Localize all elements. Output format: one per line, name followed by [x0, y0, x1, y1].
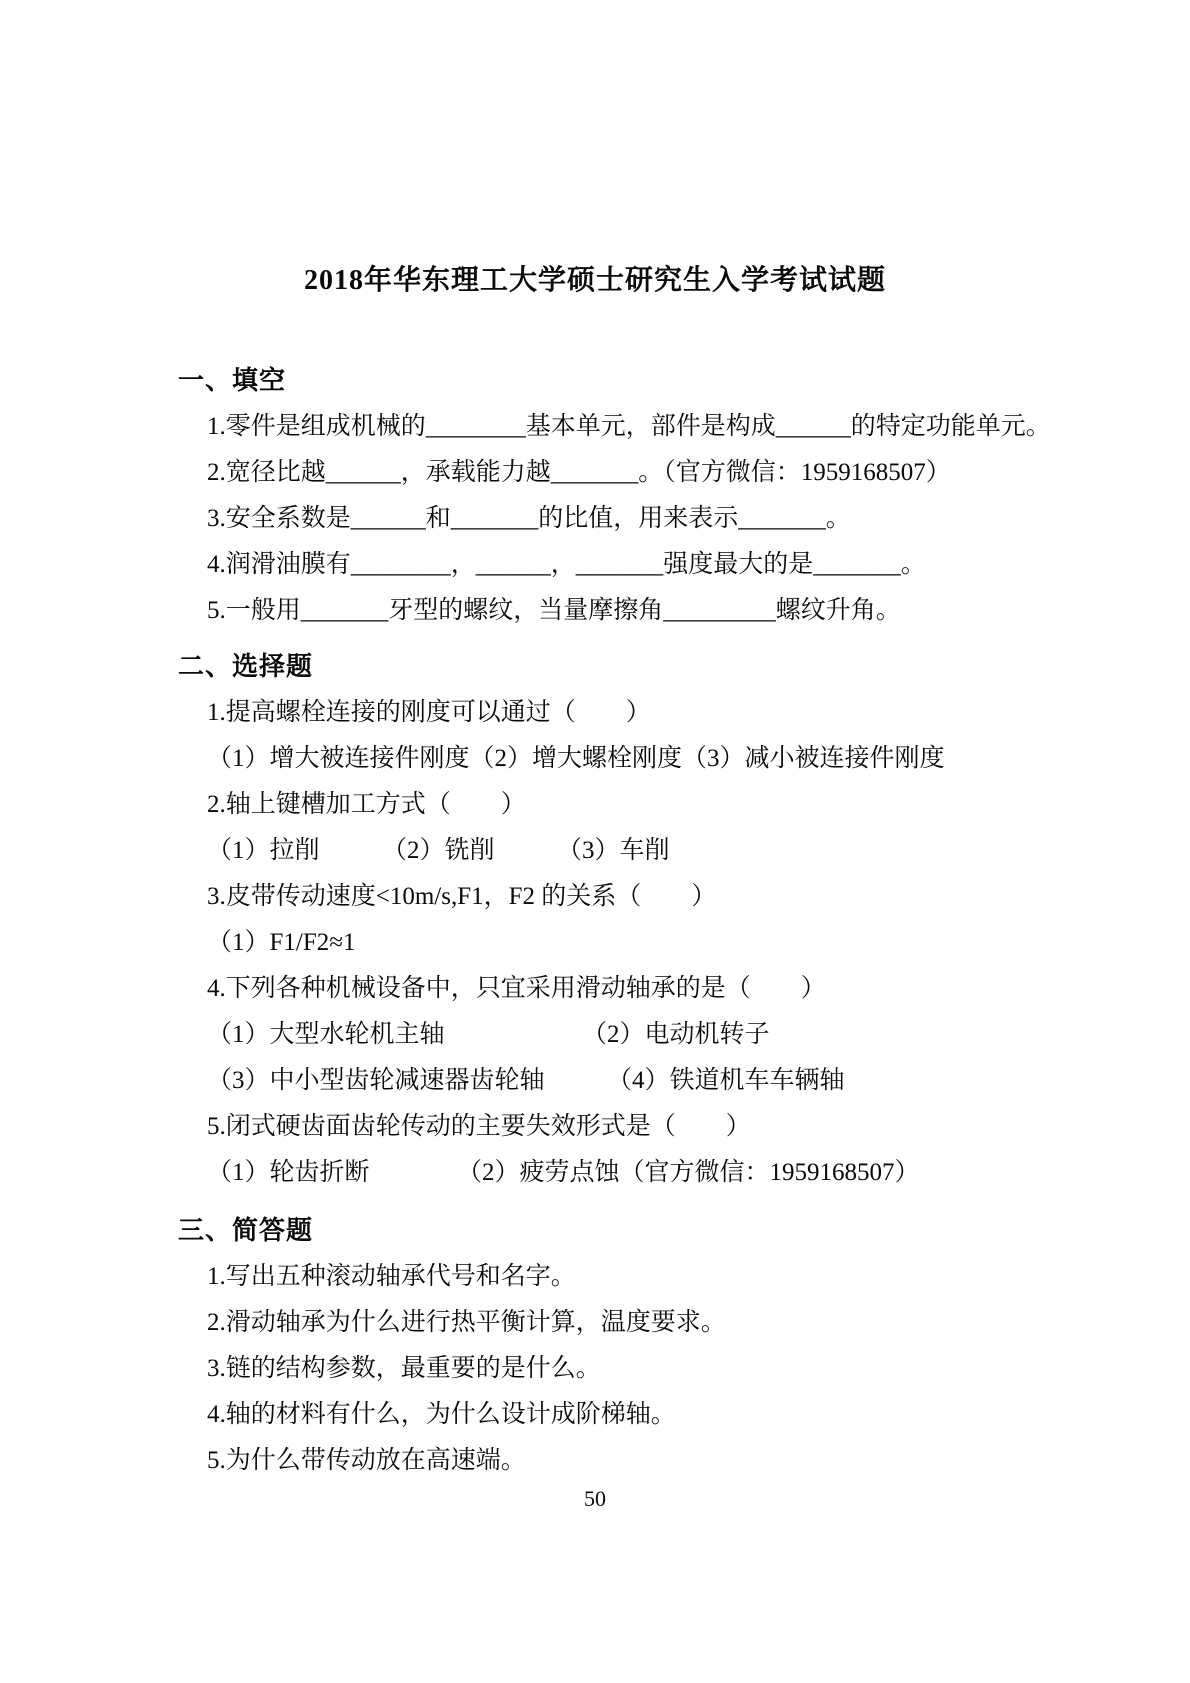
question-line: 2.滑动轴承为什么进行热平衡计算，温度要求。 [207, 1300, 1190, 1346]
question-line: 1.提高螺栓连接的刚度可以通过（ ） [207, 690, 1190, 736]
question-line: 2.宽径比越______，承载能力越_______。（官方微信：19591685… [207, 450, 1190, 496]
question-line: 3.皮带传动速度<10m/s,F1，F2 的关系（ ） [207, 874, 1190, 920]
question-line: 1.写出五种滚动轴承代号和名字。 [207, 1254, 1190, 1300]
question-line: 4.润滑油膜有________，______，_______强度最大的是____… [207, 542, 1190, 588]
page-number: 50 [0, 1484, 1190, 1514]
option-line: （1）拉削 （2）铣削 （3）车削 [207, 828, 1190, 874]
short-answer-heading: 三、简答题 [178, 1208, 1190, 1254]
exam-title: 2018年华东理工大学硕士研究生入学考试试题 [0, 0, 1190, 296]
question-line: 5.为什么带传动放在高速端。 [207, 1438, 1190, 1484]
question-line: 2.轴上键槽加工方式（ ） [207, 782, 1190, 828]
question-line: 1.零件是组成机械的________基本单元，部件是构成______的特定功能单… [207, 404, 1190, 450]
question-line: 5.闭式硬齿面齿轮传动的主要失效形式是（ ） [207, 1104, 1190, 1150]
multiple-choice-heading: 二、选择题 [178, 644, 1190, 690]
option-line: （1）增大被连接件刚度（2）增大螺栓刚度（3）减小被连接件刚度 [207, 736, 1190, 782]
fill-in-blanks-heading: 一、填空 [178, 358, 1190, 404]
question-line: 4.轴的材料有什么，为什么设计成阶梯轴。 [207, 1392, 1190, 1438]
option-line: （1）大型水轮机主轴 （2）电动机转子 [207, 1012, 1190, 1058]
question-line: 5.一般用_______牙型的螺纹，当量摩擦角_________螺纹升角。 [207, 588, 1190, 634]
option-line: （1）轮齿折断 （2）疲劳点蚀（官方微信：1959168507） [207, 1150, 1190, 1196]
option-line: （1）F1/F2≈1 [207, 920, 1190, 966]
question-line: 3.安全系数是______和_______的比值，用来表示_______。 [207, 496, 1190, 542]
question-line: 3.链的结构参数，最重要的是什么。 [207, 1346, 1190, 1392]
option-line: （3）中小型齿轮减速器齿轮轴 （4）铁道机车车辆轴 [207, 1058, 1190, 1104]
exam-page: 2018年华东理工大学硕士研究生入学考试试题 一、填空 1.零件是组成机械的__… [0, 0, 1190, 1683]
section-short-answer: 三、简答题 1.写出五种滚动轴承代号和名字。 2.滑动轴承为什么进行热平衡计算，… [0, 1208, 1190, 1484]
section-multiple-choice: 二、选择题 1.提高螺栓连接的刚度可以通过（ ） （1）增大被连接件刚度（2）增… [0, 644, 1190, 1196]
question-line: 4.下列各种机械设备中，只宜采用滑动轴承的是（ ） [207, 966, 1190, 1012]
section-fill-in-blanks: 一、填空 1.零件是组成机械的________基本单元，部件是构成______的… [0, 358, 1190, 634]
